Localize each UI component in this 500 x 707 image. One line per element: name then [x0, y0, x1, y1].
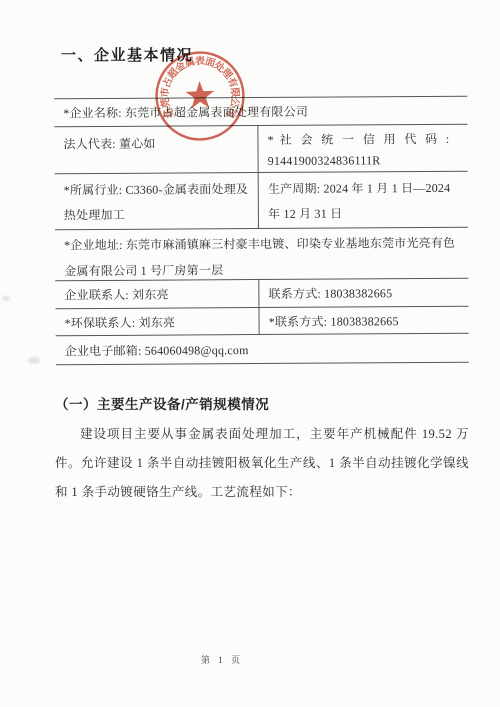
credit-code-value: 91441900324836111R	[268, 150, 462, 172]
env-contact-phone-cell: *联系方式: 18038382665	[259, 307, 469, 334]
section-heading: （一）主要生产设备/产销规模情况	[55, 393, 469, 413]
company-email-cell: 企业电子邮箱: 564060498@qq.com	[56, 334, 469, 365]
page-number: 第 1 页	[0, 653, 444, 666]
company-name-cell: *企业名称: 东莞市占超金属表面处理有限公司	[54, 97, 467, 127]
table-row-legal-rep-credit-code: 法人代表: 董心如 * 社 会 统 一 信 用 代 码 : 9144190032…	[54, 125, 467, 175]
table-row-contact: 企业联系人: 刘东亮 联系方式: 18038382665	[55, 279, 468, 310]
table-row-industry-period: *所属行业: C3360-金属表面处理及热处理加工 生产周期: 2024 年 1…	[55, 172, 468, 231]
table-row-env-contact: *环保联系人: 刘东亮 *联系方式: 18038382665	[55, 307, 468, 337]
section-paragraph: 建设项目主要从事金属表面处理加工，主要年产机械配件 19.52 万件。允许建设 …	[55, 420, 469, 507]
credit-code-label: * 社 会 统 一 信 用 代 码 :	[268, 129, 462, 151]
env-contact-cell: *环保联系人: 刘东亮	[55, 308, 258, 335]
company-info-table: *企业名称: 东莞市占超金属表面处理有限公司 法人代表: 董心如 * 社 会 统…	[54, 96, 469, 366]
company-contact-cell: 企业联系人: 刘东亮	[55, 280, 258, 308]
scan-smudge	[2, 296, 10, 301]
table-row-company-name: *企业名称: 东莞市占超金属表面处理有限公司	[54, 97, 467, 128]
company-address-cell: *企业地址: 东莞市麻涌镇麻三村豪丰电镀、印染专业基地东莞市光亮有色金属有限公司…	[55, 228, 468, 281]
table-row-email: 企业电子邮箱: 564060498@qq.com	[56, 334, 469, 366]
table-row-address: *企业地址: 东莞市麻涌镇麻三村豪丰电镀、印染专业基地东莞市光亮有色金属有限公司…	[55, 228, 468, 282]
document-page: 一、企业基本情况 东莞市占超金属表面处理有限公司 *企业名称: 东莞市占超金属表…	[0, 0, 500, 707]
scan-smudge	[28, 357, 40, 364]
seal-star-icon	[185, 80, 215, 108]
production-period-cell: 生产周期: 2024 年 1 月 1 日—2024 年 12 月 31 日	[258, 172, 468, 228]
contact-phone-cell: 联系方式: 18038382665	[258, 279, 468, 307]
production-equipment-section: （一）主要生产设备/产销规模情况 建设项目主要从事金属表面处理加工，主要年产机械…	[55, 393, 469, 507]
credit-code-cell: * 社 会 统 一 信 用 代 码 : 91441900324836111R	[258, 125, 468, 172]
industry-cell: *所属行业: C3360-金属表面处理及热处理加工	[55, 173, 259, 229]
company-seal-stamp: 东莞市占超金属表面处理有限公司	[151, 47, 248, 144]
